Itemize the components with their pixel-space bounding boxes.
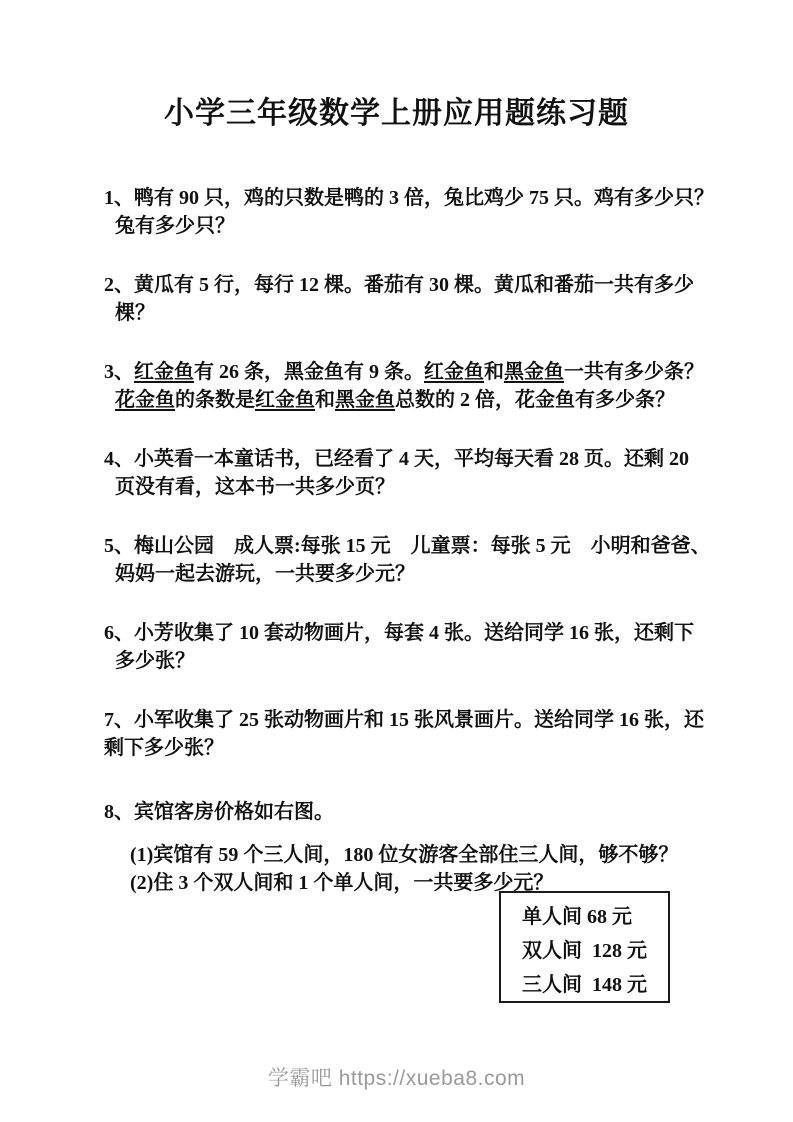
text-segment: 总数的 2 倍，花金鱼有多少条？ — [395, 389, 675, 411]
text-segment: 页没有看，这本书一共多少页？ — [115, 476, 395, 498]
problem-line: 6、小芳收集了 10 套动物画片，每套 4 张。送给同学 16 张，还剩下 — [104, 619, 690, 647]
problem-line: 8、宾馆客房价格如右图。 — [104, 798, 690, 826]
problem-line: 4、小英看一本童话书，已经看了 4 天，平均每天看 28 页。还剩 20 — [104, 445, 690, 473]
problem-line: 7、小军收集了 25 张动物画片和 15 张风景画片。送给同学 16 张，还 — [104, 706, 690, 734]
text-segment: 妈妈一起去游玩，一共要多少元？ — [115, 563, 415, 585]
text-segment: 4、小英看一本童话书，已经看了 4 天，平均每天看 28 页。还剩 20 — [104, 448, 689, 470]
text-segment: 8、宾馆客房价格如右图。 — [104, 801, 334, 823]
problem-item: 1、鸭有 90 只，鸡的只数是鸭的 3 倍，兔比鸡少 75 只。鸡有多少只？兔有… — [104, 184, 690, 240]
page-title: 小学三年级数学上册应用题练习题 — [0, 88, 793, 132]
text-segment: 7、小军收集了 25 张动物画片和 15 张风景画片。送给同学 16 张，还 — [104, 709, 704, 731]
footer-watermark: 学霸吧 https://xueba8.com — [0, 1062, 793, 1092]
problem-item: 2、黄瓜有 5 行，每行 12 棵。番茄有 30 棵。黄瓜和番茄一共有多少棵？ — [104, 271, 690, 327]
underlined-text: 红金鱼 — [424, 361, 484, 383]
text-segment: 6、小芳收集了 10 套动物画片，每套 4 张。送给同学 16 张，还剩下 — [104, 622, 694, 644]
problem-item: 5、梅山公园 成人票:每张 15 元 儿童票：每张 5 元 小明和爸爸、妈妈一起… — [104, 532, 690, 588]
text-segment: 和 — [315, 389, 335, 411]
problem-line: 3、红金鱼有 26 条，黑金鱼有 9 条。红金鱼和黑金鱼一共有多少条？ — [104, 358, 690, 386]
problem-line: 多少张？ — [104, 647, 690, 675]
problem-item: 3、红金鱼有 26 条，黑金鱼有 9 条。红金鱼和黑金鱼一共有多少条？花金鱼的条… — [104, 358, 690, 414]
text-segment: 一共有多少条？ — [564, 361, 704, 383]
problem-line: 1、鸭有 90 只，鸡的只数是鸭的 3 倍，兔比鸡少 75 只。鸡有多少只？ — [104, 184, 690, 212]
text-segment: 和 — [484, 361, 504, 383]
price-row: 三人间 148 元 — [522, 968, 668, 1002]
room-price-box: 单人间 68 元双人间 128 元三人间 148 元 — [499, 891, 670, 1003]
underlined-text: 红金鱼 — [134, 361, 194, 383]
problem-line: 兔有多少只？ — [104, 212, 690, 240]
underlined-text: 黑金鱼 — [335, 389, 395, 411]
text-segment: 多少张？ — [115, 650, 195, 672]
problem-item: 8、宾馆客房价格如右图。(1)宾馆有 59 个三人间，180 位女游客全部住三人… — [104, 798, 690, 897]
text-segment: 1、鸭有 90 只，鸡的只数是鸭的 3 倍，兔比鸡少 75 只。鸡有多少只？ — [104, 187, 714, 209]
worksheet-page: 小学三年级数学上册应用题练习题 1、鸭有 90 只，鸡的只数是鸭的 3 倍，兔比… — [0, 0, 793, 1122]
problem-line: 2、黄瓜有 5 行，每行 12 棵。番茄有 30 棵。黄瓜和番茄一共有多少 — [104, 271, 690, 299]
problem-item: 6、小芳收集了 10 套动物画片，每套 4 张。送给同学 16 张，还剩下多少张… — [104, 619, 690, 675]
problem-line: 5、梅山公园 成人票:每张 15 元 儿童票：每张 5 元 小明和爸爸、 — [104, 532, 690, 560]
problem-line: 剩下多少张？ — [104, 734, 690, 762]
text-segment: 棵？ — [115, 302, 155, 324]
problem-line: 页没有看，这本书一共多少页？ — [104, 473, 690, 501]
price-row: 双人间 128 元 — [522, 934, 668, 968]
problem-line: 花金鱼的条数是红金鱼和黑金鱼总数的 2 倍，花金鱼有多少条？ — [104, 386, 690, 414]
text-segment: 3、 — [104, 361, 134, 383]
text-segment: 有 26 条，黑金鱼有 9 条。 — [194, 361, 424, 383]
problem-line: 妈妈一起去游玩，一共要多少元？ — [104, 560, 690, 588]
problems-list: 1、鸭有 90 只，鸡的只数是鸭的 3 倍，兔比鸡少 75 只。鸡有多少只？兔有… — [104, 184, 690, 928]
underlined-text: 红金鱼 — [255, 389, 315, 411]
problem-item: 7、小军收集了 25 张动物画片和 15 张风景画片。送给同学 16 张，还剩下… — [104, 706, 690, 762]
price-row: 单人间 68 元 — [522, 900, 668, 934]
text-segment: 5、梅山公园 成人票:每张 15 元 儿童票：每张 5 元 小明和爸爸、 — [104, 535, 711, 557]
text-segment: 2、黄瓜有 5 行，每行 12 棵。番茄有 30 棵。黄瓜和番茄一共有多少 — [104, 274, 694, 296]
text-segment: 兔有多少只？ — [115, 215, 235, 237]
text-segment: (1)宾馆有 59 个三人间，180 位女游客全部住三人间，够不够？ — [130, 844, 678, 866]
problem-line: 棵？ — [104, 299, 690, 327]
problem-item: 4、小英看一本童话书，已经看了 4 天，平均每天看 28 页。还剩 20页没有看… — [104, 445, 690, 501]
text-segment: (2)住 3 个双人间和 1 个单人间，一共要多少元？ — [130, 872, 553, 894]
text-segment: 的条数是 — [175, 389, 255, 411]
problem-line: (1)宾馆有 59 个三人间，180 位女游客全部住三人间，够不够？ — [104, 841, 690, 869]
underlined-text: 花金鱼 — [115, 389, 175, 411]
underlined-text: 黑金鱼 — [504, 361, 564, 383]
text-segment: 剩下多少张？ — [104, 737, 224, 759]
